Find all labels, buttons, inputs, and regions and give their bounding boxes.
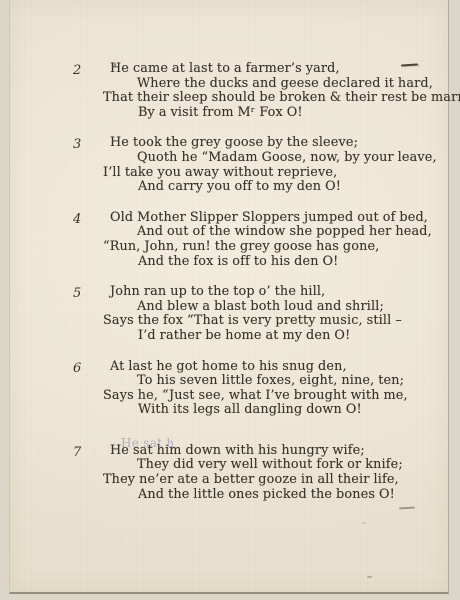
verse-line: “Run, John, run! the grey goose has gone… bbox=[103, 240, 448, 255]
verse-line: And out of the window she popped her hea… bbox=[137, 225, 448, 240]
verse: 4Old Mother Slipper Sloppers jumped out … bbox=[10, 211, 448, 269]
verse-line: They did very well without fork or knife… bbox=[137, 458, 448, 473]
paper-speck-mark bbox=[367, 576, 372, 578]
verse-line: They ne’er ate a better gooze in all the… bbox=[103, 473, 448, 488]
verse-number: 7 bbox=[73, 445, 81, 460]
verse-line: And the little ones picked the bones O! bbox=[138, 488, 448, 503]
verse-line: Old Mother Slipper Sloppers jumped out o… bbox=[110, 211, 448, 226]
verse-line: John ran up to the top o’ the hill, bbox=[110, 285, 448, 300]
verse-line: Says he, “Just see, what I’ve brought wi… bbox=[103, 389, 448, 404]
verse-number: 3 bbox=[73, 137, 81, 152]
verse-line: At last he got home to his snug den, bbox=[110, 360, 448, 375]
verse-line: And carry you off to my den O! bbox=[138, 180, 448, 195]
verse-line: I’d rather be home at my den O! bbox=[138, 329, 448, 344]
verse-line: I’ll take you away without reprieve, bbox=[103, 166, 448, 181]
verse-line: That their sleep should be broken & thei… bbox=[103, 91, 448, 106]
pencil-draft-note: He sat h bbox=[121, 436, 174, 450]
verse-lines: Old Mother Slipper Sloppers jumped out o… bbox=[101, 211, 448, 269]
verse-line: He came at last to a farmer’s yard, bbox=[110, 62, 448, 77]
verse: 6At last he got home to his snug den,To … bbox=[10, 360, 448, 418]
verse-line: By a visit from Mʳ Fox O! bbox=[138, 106, 448, 121]
verse-line: He took the grey goose by the sleeve; bbox=[110, 136, 448, 151]
verse-number: 4 bbox=[73, 212, 81, 227]
verse-number: 2 bbox=[73, 63, 81, 78]
mount-background: 2He came at last to a farmer’s yard,Wher… bbox=[0, 0, 460, 600]
verse-line: Where the ducks and geese declared it ha… bbox=[137, 77, 448, 92]
verse-line: Quoth he “Madam Goose, now, by your leav… bbox=[137, 151, 448, 166]
verse-number: 5 bbox=[73, 286, 81, 301]
verse-line: To his seven little foxes, eight, nine, … bbox=[137, 374, 448, 389]
paper-speck-mark bbox=[362, 522, 366, 524]
verse-line: With its legs all dangling down O! bbox=[138, 403, 448, 418]
verse: 3He took the grey goose by the sleeve;Qu… bbox=[10, 136, 448, 194]
verse-lines: He took the grey goose by the sleeve;Quo… bbox=[101, 136, 448, 194]
verse-lines: John ran up to the top o’ the hill,And b… bbox=[101, 285, 448, 343]
verse-lines: At last he got home to his snug den,To h… bbox=[101, 360, 448, 418]
verse: 7He sat him down with his hungry wife;Th… bbox=[10, 444, 448, 502]
verse-number: 6 bbox=[73, 361, 81, 376]
manuscript-page: 2He came at last to a farmer’s yard,Wher… bbox=[9, 0, 449, 594]
verse: 2He came at last to a farmer’s yard,Wher… bbox=[10, 62, 448, 120]
verses: 2He came at last to a farmer’s yard,Wher… bbox=[10, 62, 448, 518]
verse-line: Says the fox “That is very pretty music,… bbox=[103, 314, 448, 329]
verse: 5John ran up to the top o’ the hill,And … bbox=[10, 285, 448, 343]
verse-line: And the fox is off to his den O! bbox=[138, 255, 448, 270]
verse-lines: He came at last to a farmer’s yard,Where… bbox=[101, 62, 448, 120]
verse-lines: He sat him down with his hungry wife;The… bbox=[101, 444, 448, 502]
